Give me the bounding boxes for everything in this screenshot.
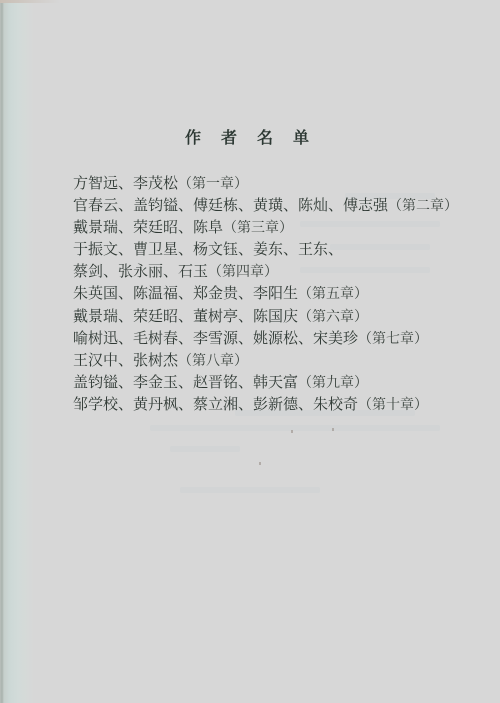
show-through-mark [180,487,320,493]
author-entry: 喻树迅、毛树春、李雪源、姚源松、宋美珍（第七章） [73,327,458,349]
paper-speck [332,428,334,431]
author-entry: 盖钧镒、李金玉、赵晋铭、韩天富（第九章） [73,371,458,393]
page-top-edge [0,0,60,3]
chapter-label: （第一章） [178,176,248,192]
author-names: 于振文、曹卫星、杨文钰、姜东、王东、 [73,240,343,258]
chapter-label: （第七章） [358,331,428,347]
chapter-label: （第十章） [358,397,428,413]
author-entry: 王汉中、张树杰（第八章） [73,349,458,371]
scanned-page: 作者名单 方智远、李茂松（第一章） 官春云、盖钧镒、傅廷栋、黄璜、陈灿、傅志强（… [0,0,500,703]
author-names: 蔡剑、张永丽、石玉 [73,262,208,280]
author-entry: 戴景瑞、荣廷昭、董树亭、陈国庆（第六章） [73,305,458,327]
show-through-mark [170,446,240,452]
author-entry: 邹学校、黄丹枫、蔡立湘、彭新德、朱校奇（第十章） [73,393,458,415]
author-entry: 蔡剑、张永丽、石玉（第四章） [73,260,458,282]
author-list: 方智远、李茂松（第一章） 官春云、盖钧镒、傅廷栋、黄璜、陈灿、傅志强（第二章） … [73,172,458,415]
page-title: 作者名单 [0,127,494,149]
chapter-label: （第二章） [388,198,458,214]
author-names: 朱英国、陈温福、郑金贵、李阳生 [73,284,298,302]
author-names: 喻树迅、毛树春、李雪源、姚源松、宋美珍 [73,329,358,347]
author-names: 盖钧镒、李金玉、赵晋铭、韩天富 [73,373,298,391]
author-entry: 于振文、曹卫星、杨文钰、姜东、王东、 [73,238,458,260]
paper-speck [291,430,293,433]
author-names: 戴景瑞、荣廷昭、董树亭、陈国庆 [73,307,298,325]
show-through-mark [150,425,440,431]
chapter-label: （第四章） [208,264,278,280]
paper-speck [259,462,261,465]
chapter-label: （第六章） [298,309,368,325]
author-names: 方智远、李茂松 [73,174,178,192]
author-entry: 戴景瑞、荣廷昭、陈阜（第三章） [73,216,458,238]
author-entry: 朱英国、陈温福、郑金贵、李阳生（第五章） [73,282,458,304]
author-entry: 官春云、盖钧镒、傅廷栋、黄璜、陈灿、傅志强（第二章） [73,194,458,216]
binding-edge [0,0,34,703]
chapter-label: （第五章） [298,286,368,302]
author-names: 王汉中、张树杰 [73,351,178,369]
author-entry: 方智远、李茂松（第一章） [73,172,458,194]
author-names: 官春云、盖钧镒、傅廷栋、黄璜、陈灿、傅志强 [73,196,388,214]
chapter-label: （第九章） [298,375,368,391]
author-names: 戴景瑞、荣廷昭、陈阜 [73,218,223,236]
chapter-label: （第三章） [223,220,293,236]
chapter-label: （第八章） [178,353,248,369]
author-names: 邹学校、黄丹枫、蔡立湘、彭新德、朱校奇 [73,395,358,413]
